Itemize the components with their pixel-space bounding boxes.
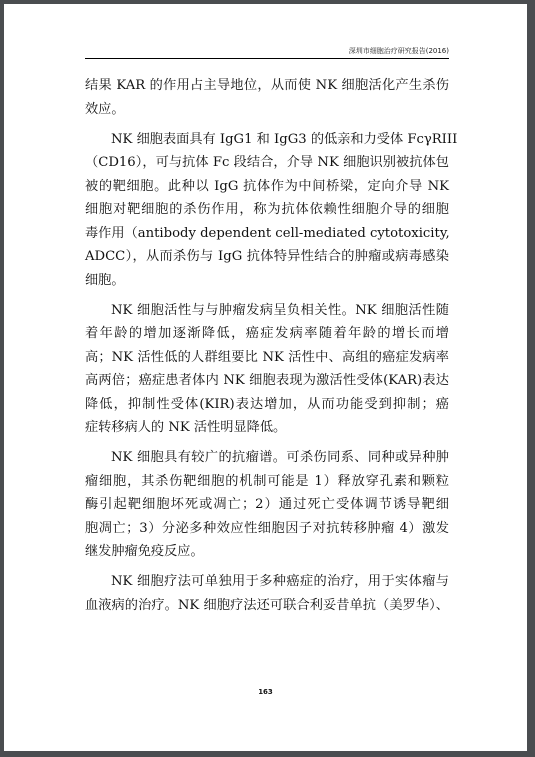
text-line: 血液病的治疗。NK 细胞疗法还可联合利妥昔单抗（美罗华）、 (85, 594, 449, 618)
text-line: 细胞对靶细胞的杀伤作用，称为抗体依赖性细胞介导的细胞 (85, 198, 449, 222)
paragraph-3: NK 细胞活性与与肿瘤发病呈负相关性。NK 细胞活性随 着年龄的增加逐渐降低，癌… (85, 299, 449, 440)
text-line: 继发肿瘤免疫反应。 (85, 540, 449, 564)
text-line: 胞凋亡；3）分泌多种效应性细胞因子对抗转移肿瘤 4）激发 (85, 517, 449, 541)
text-line: 效应。 (85, 98, 449, 122)
text-line: 被的靶细胞。此种以 IgG 抗体作为中间桥梁，定向介导 NK (85, 175, 449, 199)
text-line: 结果 KAR 的作用占主导地位，从而使 NK 细胞活化产生杀伤 (85, 74, 449, 98)
text-line: 细胞。 (85, 269, 449, 293)
text-line: NK 细胞疗法可单独用于多种癌症的治疗，用于实体瘤与 (85, 570, 449, 594)
text-line: 高；NK 活性低的人群组要比 NK 活性中、高组的癌症发病率 (85, 346, 449, 370)
text-line: 着年龄的增加逐渐降低，癌症发病率随着年龄的增长而增 (85, 322, 449, 346)
paragraph-4: NK 细胞具有较广的抗瘤谱。可杀伤同系、同种或异种肿 瘤细胞，其杀伤靶细胞的机制… (85, 446, 449, 564)
paragraph-1: 结果 KAR 的作用占主导地位，从而使 NK 细胞活化产生杀伤 效应。 (85, 74, 449, 121)
text-line: 瘤细胞，其杀伤靶细胞的机制可能是 1）释放穿孔素和颗粒 (85, 470, 449, 494)
text-line: 高两倍；癌症患者体内 NK 细胞表现为激活性受体(KAR)表达 (85, 369, 449, 393)
text-line: ADCC），从而杀伤与 IgG 抗体特异性结合的肿瘤或病毒感染 (85, 245, 449, 269)
body-text: 结果 KAR 的作用占主导地位，从而使 NK 细胞活化产生杀伤 效应。 NK 细… (85, 74, 449, 624)
text-line: NK 细胞表面具有 IgG1 和 IgG3 的低亲和力受体 FcγRIII (85, 128, 449, 152)
page-number: 163 (4, 688, 527, 696)
running-title: 深圳市细胞治疗研究报告(2016) (349, 46, 449, 56)
paragraph-2: NK 细胞表面具有 IgG1 和 IgG3 的低亲和力受体 FcγRIII （C… (85, 128, 449, 293)
paragraph-5: NK 细胞疗法可单独用于多种癌症的治疗，用于实体瘤与 血液病的治疗。NK 细胞疗… (85, 570, 449, 617)
text-line: 毒作用（antibody dependent cell-mediated cyt… (85, 222, 449, 246)
running-header: 深圳市细胞治疗研究报告(2016) (85, 46, 449, 59)
document-page: 深圳市细胞治疗研究报告(2016) 结果 KAR 的作用占主导地位，从而使 NK… (4, 4, 527, 751)
text-line: NK 细胞活性与与肿瘤发病呈负相关性。NK 细胞活性随 (85, 299, 449, 323)
text-line: 酶引起靶细胞坏死或凋亡；2）通过死亡受体调节诱导靶细 (85, 493, 449, 517)
text-line: 症转移病人的 NK 活性明显降低。 (85, 416, 449, 440)
text-line: （CD16），可与抗体 Fc 段结合，介导 NK 细胞识别被抗体包 (85, 151, 449, 175)
text-line: NK 细胞具有较广的抗瘤谱。可杀伤同系、同种或异种肿 (85, 446, 449, 470)
text-line: 降低，抑制性受体(KIR)表达增加，从而功能受到抑制；癌 (85, 393, 449, 417)
